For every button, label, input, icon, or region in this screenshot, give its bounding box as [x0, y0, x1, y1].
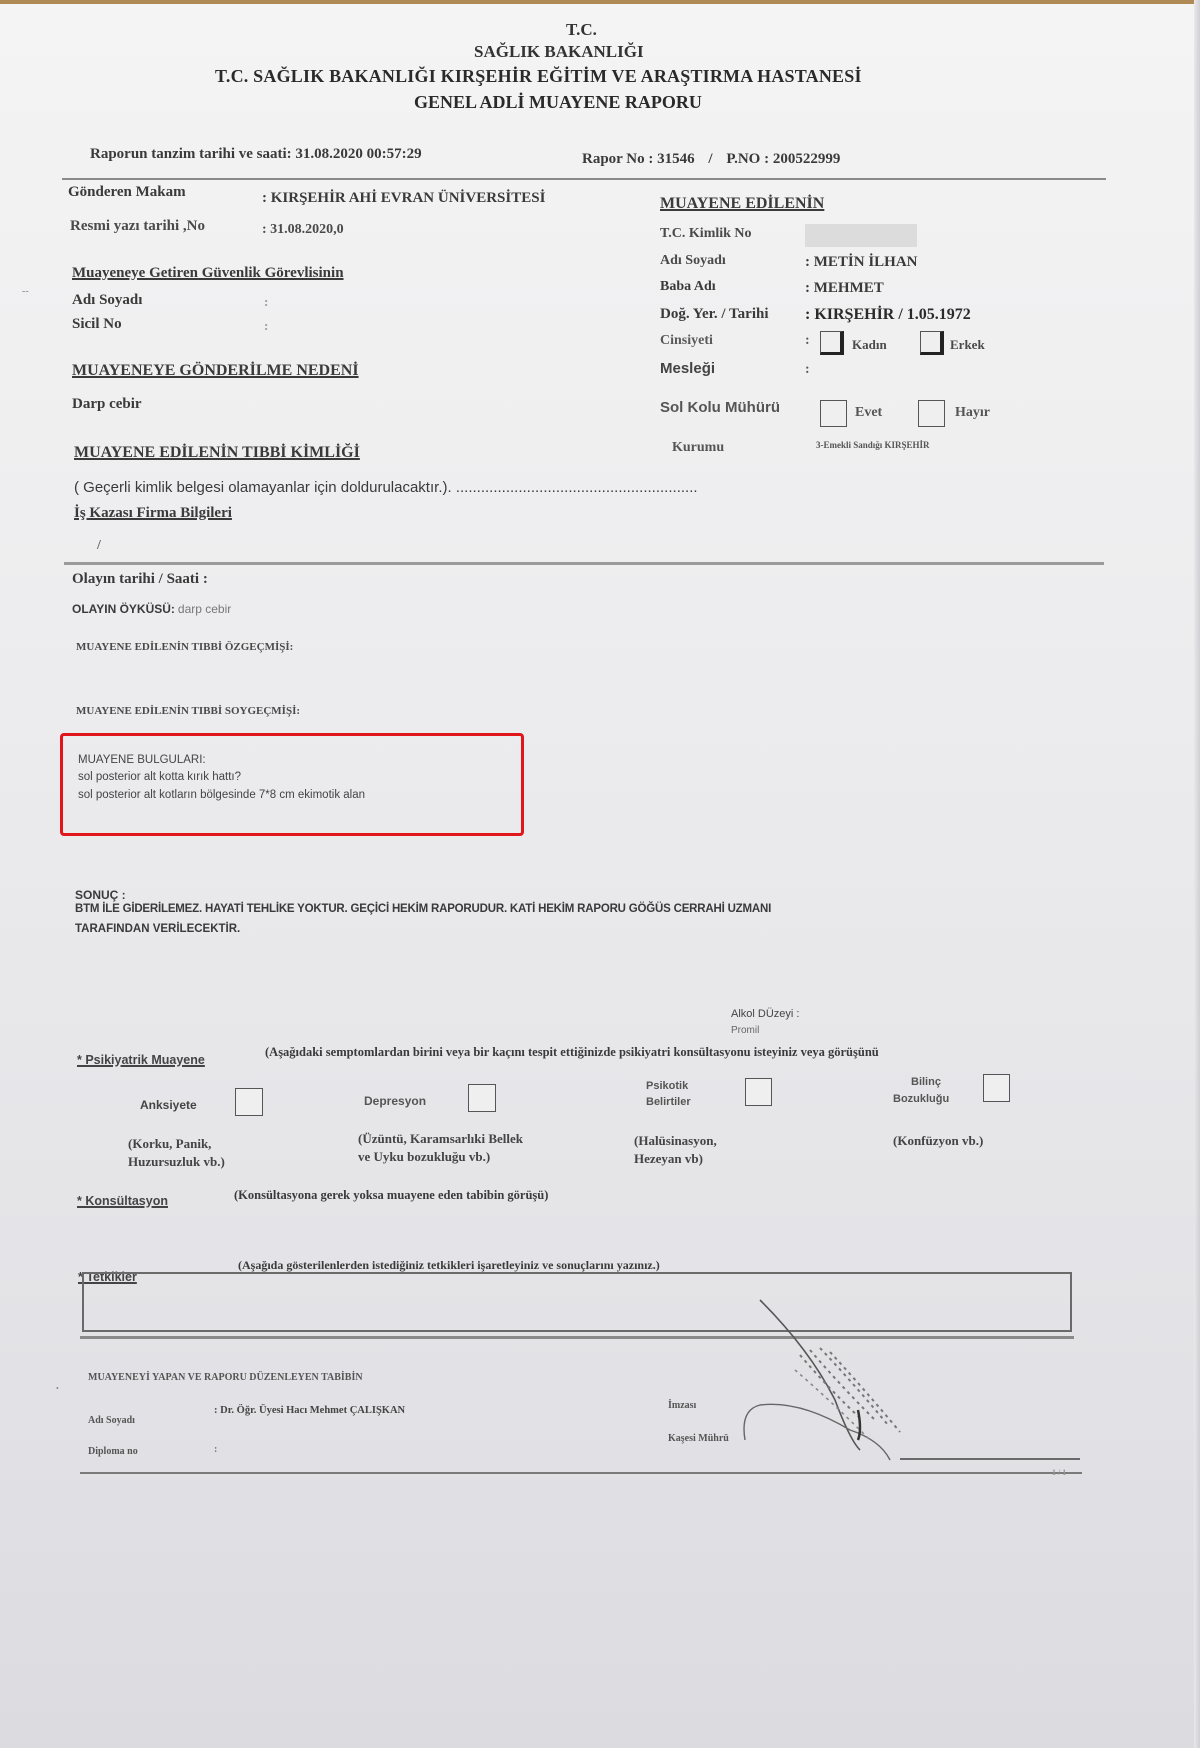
- security-officer-heading: Muayeneye Getiren Güvenlik Görevlisinin: [72, 265, 344, 282]
- report-date-label: Raporun tanzim tarihi ve saati:: [90, 146, 292, 162]
- psych-anxiety-desc-1: (Korku, Panik,: [128, 1136, 211, 1152]
- findings-heading: MUAYENE BULGULARI:: [78, 754, 206, 766]
- psych-consciousness-label: Bilinç: [911, 1076, 941, 1088]
- findings-highlight-box: [60, 733, 524, 836]
- psych-anxiety-desc-2: Huzursuzluk vb.): [128, 1154, 225, 1170]
- physician-name-value: : Dr. Öğr. Üyesi Hacı Mehmet ÇALIŞKAN: [214, 1405, 405, 1416]
- seal-label: Sol Kolu Mühürü: [660, 399, 780, 416]
- incident-date-label: Olayın tarihi / Saati :: [72, 571, 208, 588]
- paper-top-edge: [0, 0, 1200, 4]
- findings-line-1: sol posterior alt kotta kırık hattı?: [78, 771, 241, 783]
- officer-name-label: Adı Soyadı: [72, 292, 142, 309]
- psych-consciousness-label-2: Bozukluğu: [893, 1093, 949, 1105]
- result-line-1: BTM İLE GİDERİLEMEZ. HAYATİ TEHLİKE YOKT…: [75, 903, 771, 915]
- birth-label: Doğ. Yer. / Tarihi: [660, 306, 769, 323]
- pno-value: 200522999: [773, 151, 841, 167]
- report-no-label: Rapor No :: [582, 151, 653, 167]
- psych-consciousness-checkbox[interactable]: [983, 1074, 1010, 1102]
- gender-female-checkbox[interactable]: [820, 331, 844, 355]
- psychiatric-heading: * Psikiyatrik Muayene: [77, 1053, 205, 1067]
- gender-male-checkbox[interactable]: [920, 331, 944, 355]
- incident-story: OLAYIN ÖYKÜSÜ: darp cebir: [72, 602, 231, 617]
- paper-right-edge: [1194, 0, 1200, 1748]
- report-date: Raporun tanzim tarihi ve saati: 31.08.20…: [90, 146, 422, 163]
- psych-depression-label: Depresyon: [364, 1094, 426, 1108]
- psychiatric-note: (Aşağıdaki semptomlardan birini veya bir…: [265, 1045, 879, 1060]
- officer-name-value: :: [264, 294, 268, 310]
- seal-no-checkbox[interactable]: [918, 400, 945, 427]
- page-mark: 1 / 1: [1052, 1468, 1066, 1477]
- reason-value: Darp cebir: [72, 396, 142, 413]
- psych-psychotic-checkbox[interactable]: [745, 1078, 772, 1106]
- medical-identity-note: ( Geçerli kimlik belgesi olamayanlar içi…: [74, 479, 698, 496]
- divider-mid: [64, 562, 1104, 565]
- divider-bottom: [80, 1472, 1082, 1474]
- psych-psychotic-label-2: Belirtiler: [646, 1096, 691, 1108]
- findings-line-2: sol posterior alt kotların bölgesinde 7*…: [78, 789, 365, 801]
- incident-story-value: darp cebir: [178, 602, 231, 616]
- patient-name-value: : METİN İLHAN: [805, 254, 918, 271]
- report-title: GENEL ADLİ MUAYENE RAPORU: [414, 92, 702, 113]
- medical-history-label: MUAYENE EDİLENİN TIBBİ ÖZGEÇMİŞİ:: [76, 641, 293, 653]
- officer-sicil-value: :: [264, 318, 268, 334]
- medical-identity-heading: MUAYENE EDİLENİN TIBBİ KİMLİĞİ: [74, 444, 360, 462]
- report-separator: /: [708, 151, 712, 167]
- father-value: : MEHMET: [805, 280, 884, 297]
- psych-depression-desc-1: (Üzüntü, Karamsarlıki Bellek: [358, 1131, 523, 1147]
- consultation-heading: * Konsültasyon: [77, 1194, 168, 1208]
- sender-makam-label: Gönderen Makam: [68, 184, 186, 201]
- divider-bottom-right: [900, 1458, 1080, 1460]
- tc-redacted-field: [805, 224, 917, 247]
- physician-diploma-label: Diploma no: [88, 1446, 138, 1457]
- patient-heading: MUAYENE EDİLENİN: [660, 195, 824, 213]
- father-label: Baba Adı: [660, 279, 716, 295]
- signature-label: İmzası: [668, 1400, 696, 1411]
- birth-value: : KIRŞEHİR / 1.05.1972: [805, 306, 971, 324]
- institution-label: Kurumu: [672, 440, 724, 456]
- institution-value: 3-Emekli Sandığı KIRŞEHİR: [816, 440, 930, 450]
- tests-note: (Aşağıda gösterilenlerden istediğiniz te…: [238, 1258, 660, 1273]
- work-accident-heading: İş Kazası Firma Bilgileri: [74, 505, 232, 522]
- header-line-tc: T.C.: [566, 20, 597, 40]
- gender-female-label: Kadın: [852, 337, 887, 353]
- psych-depression-desc-2: ve Uyku bozukluğu vb.): [358, 1149, 490, 1165]
- divider-top: [62, 178, 1106, 180]
- psych-psychotic-label: Psikotik: [646, 1080, 688, 1092]
- seal-yes-label: Evet: [855, 405, 882, 421]
- gender-label: Cinsiyeti: [660, 333, 713, 349]
- resmi-yazi-label: Resmi yazı tarihi ,No: [70, 218, 205, 235]
- psych-consciousness-desc-1: (Konfüzyon vb.): [893, 1133, 983, 1149]
- reason-heading: MUAYENEYE GÖNDERİLME NEDENİ: [72, 362, 359, 380]
- alcohol-label: Alkol DÜzeyi :: [731, 1008, 799, 1020]
- header-line-ministry: SAĞLIK BAKANLIĞI: [474, 42, 644, 62]
- job-value: :: [805, 362, 810, 378]
- work-accident-value: /: [97, 538, 101, 554]
- officer-sicil-label: Sicil No: [72, 316, 122, 333]
- sender-makam-value: : KIRŞEHİR AHİ EVRAN ÜNİVERSİTESİ: [262, 190, 545, 207]
- margin-mark: --: [22, 286, 29, 297]
- psych-psychotic-desc-1: (Halüsinasyon,: [634, 1133, 717, 1149]
- report-date-value: 31.08.2020 00:57:29: [295, 146, 421, 162]
- physician-heading: MUAYENEYİ YAPAN VE RAPORU DÜZENLEYEN TAB…: [88, 1372, 363, 1383]
- patient-name-label: Adı Soyadı: [660, 253, 726, 269]
- header-line-hospital: T.C. SAĞLIK BAKANLIĞI KIRŞEHİR EĞİTİM VE…: [215, 66, 862, 87]
- tc-label: T.C. Kimlik No: [660, 226, 752, 242]
- resmi-yazi-value: : 31.08.2020,0: [262, 222, 344, 238]
- psych-anxiety-label: Anksiyete: [140, 1098, 197, 1112]
- alcohol-unit: Promil: [731, 1025, 759, 1036]
- psych-anxiety-checkbox[interactable]: [235, 1088, 263, 1116]
- gender-colon: :: [805, 333, 810, 349]
- job-label: Mesleği: [660, 360, 715, 377]
- seal-yes-checkbox[interactable]: [820, 400, 847, 427]
- family-history-label: MUAYENE EDİLENİN TIBBİ SOYGEÇMİŞİ:: [76, 705, 300, 717]
- seal-stamp-label: Kaşesi Mührü: [668, 1433, 729, 1444]
- physician-name-label: Adı Soyadı: [88, 1415, 135, 1426]
- gender-male-label: Erkek: [950, 337, 985, 353]
- report-no-value: 31546: [657, 151, 695, 167]
- seal-no-label: Hayır: [955, 405, 990, 421]
- result-label: SONUÇ :: [75, 888, 126, 902]
- physician-diploma-value: :: [214, 1444, 217, 1455]
- result-line-2: TARAFINDAN VERİLECEKTİR.: [75, 923, 240, 935]
- report-number: Rapor No : 31546 / P.NO : 200522999: [582, 151, 840, 168]
- incident-story-label: OLAYIN ÖYKÜSÜ:: [72, 602, 175, 616]
- signature-icon: [740, 1290, 970, 1480]
- psych-psychotic-desc-2: Hezeyan vb): [634, 1151, 703, 1167]
- psych-depression-checkbox[interactable]: [468, 1084, 496, 1112]
- margin-dot: •: [56, 1384, 59, 1393]
- pno-label: P.NO :: [726, 151, 769, 167]
- consultation-note: (Konsültasyona gerek yoksa muayene eden …: [234, 1188, 548, 1203]
